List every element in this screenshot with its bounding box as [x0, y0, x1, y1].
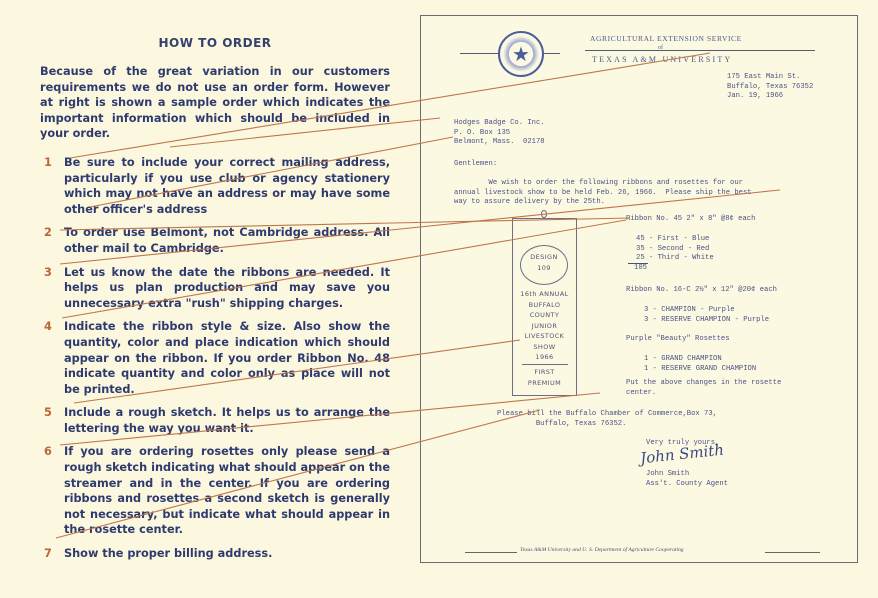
item-text: Show the proper billing address. — [64, 547, 272, 560]
recipient-address: Hodges Badge Co. Inc.P. O. Box 135Belmon… — [454, 119, 545, 148]
salutation: Gentlemen: — [454, 160, 497, 170]
item-number: 3 — [44, 265, 52, 281]
order-1-heading: Ribbon No. 45 2" x 8" @8¢ each — [626, 215, 755, 225]
item-text: Indicate the ribbon style & size. Also s… — [64, 320, 390, 395]
item-text: Let us know the date the ribbons are nee… — [64, 266, 390, 310]
letterhead-of: of — [658, 45, 663, 51]
rosette-note: Put the above changes in the rosette cen… — [626, 379, 781, 398]
sender-address: 175 East Main St.Buffalo, Texas 76352Jan… — [727, 73, 813, 102]
footer-rule-right — [765, 552, 820, 553]
billing-instruction: Please bill the Buffalo Chamber of Comme… — [497, 410, 717, 429]
letterhead-rule-right — [585, 50, 815, 51]
order-1-total: 105 — [634, 264, 647, 274]
letterhead-university: TEXAS A&M UNIVERSITY — [592, 55, 732, 64]
sketch-design: DESIGN109 — [522, 252, 566, 273]
letterhead-agency: AGRICULTURAL EXTENSION SERVICE — [590, 34, 742, 43]
item-number: 1 — [44, 155, 52, 171]
item-text: Include a rough sketch. It helps us to a… — [64, 406, 390, 435]
ribbon-hook-icon — [541, 210, 547, 218]
order-2-heading: Ribbon No. 16-C 2½" x 12" @20¢ each — [626, 286, 777, 296]
sketch-divider — [522, 364, 568, 365]
how-to-order-panel: HOW TO ORDER Because of the great variat… — [40, 36, 390, 570]
item-number: 5 — [44, 405, 52, 421]
order-3-lines: 1 - GRAND CHAMPION1 - RESERVE GRAND CHAM… — [644, 355, 756, 374]
instruction-item-3: 3Let us know the date the ribbons are ne… — [40, 265, 390, 312]
order-1-lines: 45 - First - Blue35 - Second - Red25 - T… — [636, 235, 714, 264]
instruction-item-7: 7Show the proper billing address. — [40, 546, 390, 562]
sketch-place: FIRSTPREMIUM — [514, 367, 575, 388]
letter-body: We wish to order the following ribbons a… — [454, 179, 752, 208]
item-number: 7 — [44, 546, 52, 562]
instruction-list: 1Be sure to include your correct mailing… — [40, 155, 390, 562]
signer-block: John SmithAss't. County Agent — [646, 470, 728, 489]
page-title: HOW TO ORDER — [40, 36, 390, 50]
instruction-item-2: 2To order use Belmont, not Cambridge add… — [40, 225, 390, 256]
sketch-lettering: 16th ANNUALBUFFALOCOUNTYJUNIORLIVESTOCKS… — [514, 289, 575, 363]
intro-paragraph: Because of the great variation in our cu… — [40, 64, 390, 142]
item-number: 4 — [44, 319, 52, 335]
letterhead-rule-left — [460, 53, 500, 54]
university-seal-icon: ★ — [498, 31, 544, 77]
order-3-heading: Purple "Beauty" Rosettes — [626, 335, 730, 345]
instruction-item-1: 1Be sure to include your correct mailing… — [40, 155, 390, 217]
item-text: If you are ordering rosettes only please… — [64, 445, 390, 536]
letter-footer: Texas A&M University and U. S. Departmen… — [520, 547, 684, 553]
footer-rule-left — [465, 552, 517, 553]
instruction-item-5: 5Include a rough sketch. It helps us to … — [40, 405, 390, 436]
instruction-item-6: 6If you are ordering rosettes only pleas… — [40, 444, 390, 538]
item-number: 6 — [44, 444, 52, 460]
item-text: Be sure to include your correct mailing … — [64, 156, 390, 216]
instruction-item-4: 4Indicate the ribbon style & size. Also … — [40, 319, 390, 397]
order-2-lines: 3 - CHAMPION - Purple3 - RESERVE CHAMPIO… — [644, 306, 769, 325]
item-number: 2 — [44, 225, 52, 241]
item-text: To order use Belmont, not Cambridge addr… — [64, 226, 390, 255]
letterhead-rule-mid — [544, 53, 560, 54]
